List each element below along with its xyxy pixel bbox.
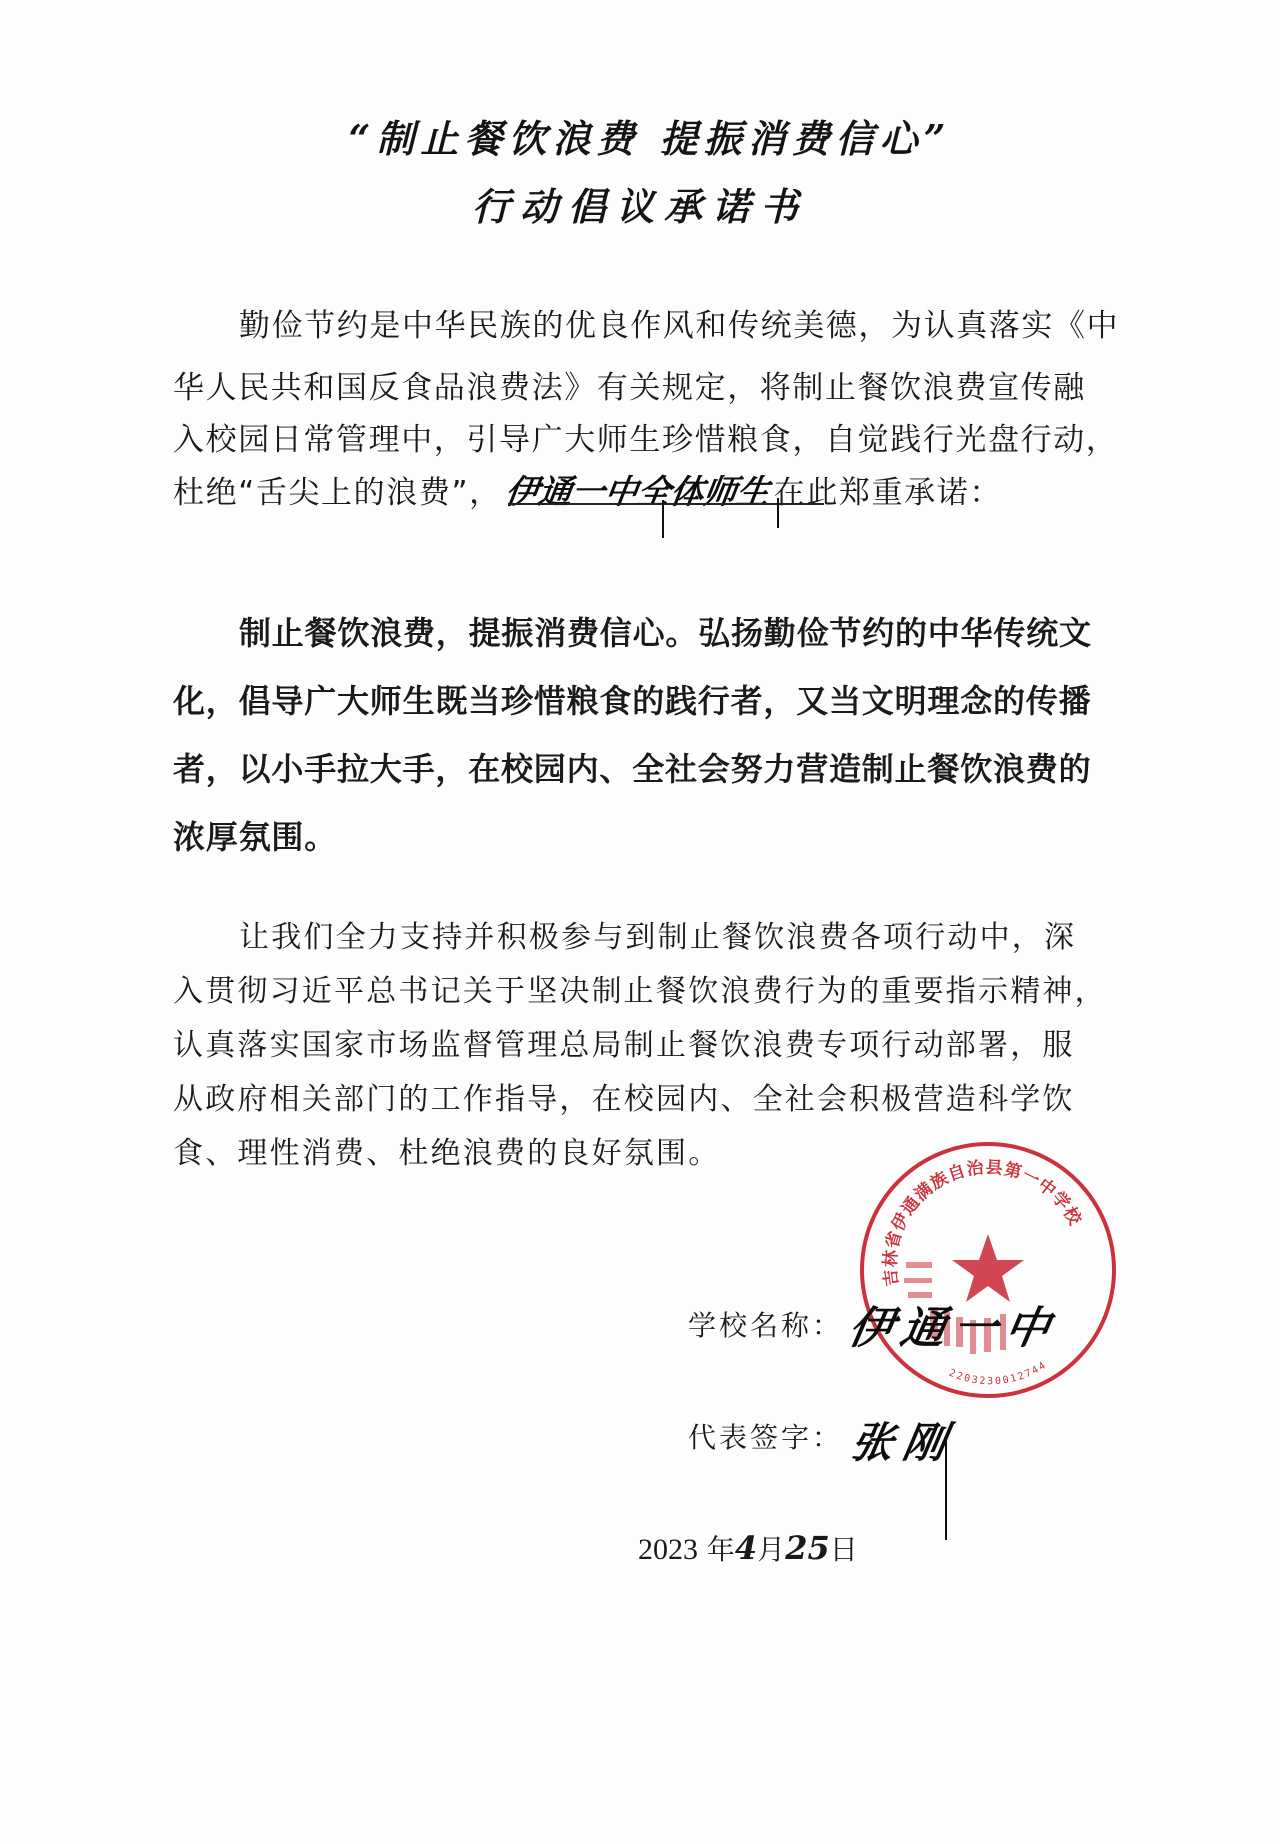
title-line-2: 行动倡议承诺书 <box>0 176 1280 231</box>
school-name-handwritten: 伊通一中 <box>844 1292 1063 1356</box>
representative-signature-label: 代表签字： <box>688 1416 843 1456</box>
signature-stroke <box>945 1440 947 1540</box>
paragraph-line: 勤俭节约是中华民族的优良作风和传统美德，为认真落实《中 <box>173 300 1119 301</box>
official-seal-stamp: 吉林省伊通满族自治县第一中学校 2203230012744 <box>860 1142 1116 1398</box>
paragraph-line: 华人民共和国反食品浪费法》有关规定，将制止餐饮浪费宣传融 <box>173 362 1086 363</box>
paragraph-line: 入校园日常管理中，引导广大师生珍惜粮食，自觉践行光盘行动， <box>173 414 1118 415</box>
handwritten-fill-in: 伊通一中全体师生 <box>498 466 777 513</box>
school-name-label: 学校名称： <box>688 1304 843 1344</box>
handwriting-stroke <box>662 500 664 538</box>
svg-text:2203230012744: 2203230012744 <box>947 1359 1049 1387</box>
paragraph-line: 浓厚氛围。 <box>173 812 337 813</box>
paragraph-line: 者，以小手拉大手，在校园内、全社会努力营造制止餐饮浪费的 <box>173 744 1091 745</box>
paragraph-line: 杜绝“舌尖上的浪费”，伊通一中全体师生在此郑重承诺： <box>173 466 1002 467</box>
paragraph-line: 化，倡导广大师生既当珍惜粮食的践行者，又当文明理念的传播 <box>173 676 1091 677</box>
paragraph-line: 制止餐饮浪费，提振消费信心。弘扬勤俭节约的中华传统文 <box>173 608 1092 609</box>
date: 2023 年4月25日 <box>638 1528 858 1568</box>
paragraph-line: 让我们全力支持并积极参与到制止餐饮浪费各项行动中，深 <box>173 912 1076 913</box>
paragraph-line: 认真落实国家市场监督管理总局制止餐饮浪费专项行动部署，服 <box>173 1020 1075 1021</box>
handwriting-stroke <box>777 498 779 528</box>
date-year: 2023 <box>638 1533 698 1566</box>
date-month-handwritten: 4 <box>735 1529 757 1567</box>
paragraph-line: 从政府相关部门的工作指导，在校园内、全社会积极营造科学饮 <box>173 1074 1075 1075</box>
date-day-handwritten: 25 <box>785 1529 830 1567</box>
stamp-code: 2203230012744 <box>947 1359 1049 1387</box>
title-line-1: “制止餐饮浪费 提振消费信心” <box>0 108 1280 163</box>
paragraph-line: 食、理性消费、杜绝浪费的良好氛围。 <box>173 1128 720 1129</box>
seal-icon: 吉林省伊通满族自治县第一中学校 2203230012744 <box>860 1142 1116 1398</box>
document-page: “制止餐饮浪费 提振消费信心” 行动倡议承诺书 勤俭节约是中华民族的优良作风和传… <box>0 0 1280 1844</box>
paragraph-line: 入贯彻习近平总书记关于坚决制止餐饮浪费行为的重要指示精神， <box>173 966 1107 967</box>
